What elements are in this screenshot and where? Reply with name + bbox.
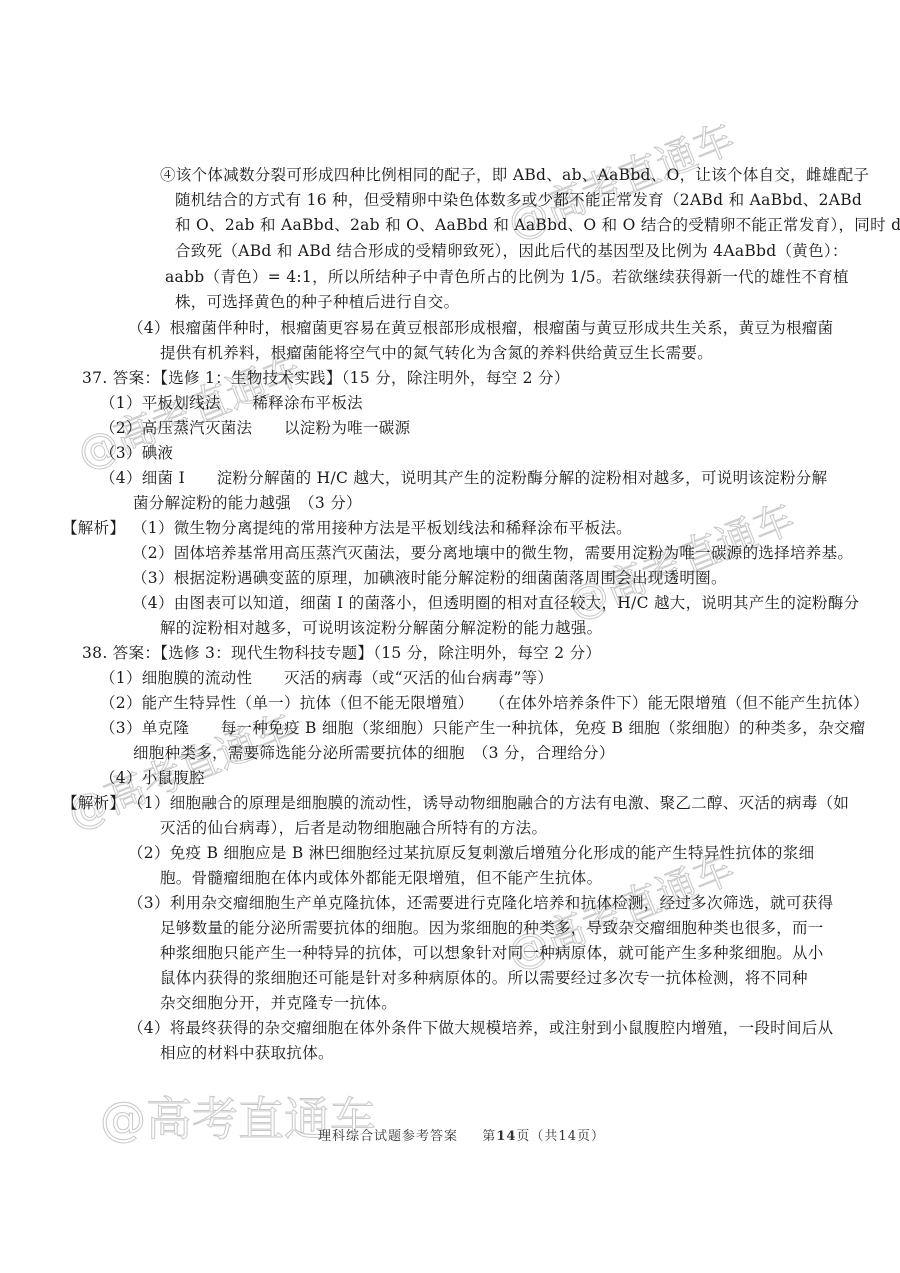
- q38-header: 38. 答案：【选修 3：现代生物科技专题】（15 分，除注明外，每空 2 分）: [82, 643, 601, 663]
- q37-answer-3: （3）碘液: [100, 443, 173, 463]
- q38-analysis-3: （3）利用杂交瘤细胞生产单克隆抗体，还需要进行克隆化培养和抗体检测，经过多次筛选…: [128, 893, 833, 913]
- q38-analysis-4-cont: 相应的材料中获取抗体。: [160, 1043, 334, 1063]
- q38-analysis-3-cont: 足够数量的能分泌所需要抗体的细胞。因为浆细胞的种类多，导致杂交瘤细胞种类也很多，…: [160, 918, 824, 938]
- footer-title: 理科综合试题参考答案: [318, 1129, 458, 1144]
- q37-answer-2: （2）高压蒸汽灭菌法 以淀粉为唯一碳源: [100, 418, 410, 438]
- q38-answer-3-cont: 细胞种类多，需要筛选能分泌所需要抗体的细胞 （3 分，合理给分）: [133, 743, 615, 763]
- footer-page-suffix: 页）: [577, 1129, 605, 1144]
- q38-analysis-1: （1）细胞融合的原理是细胞膜的流动性，诱导动物细胞融合的方法有电激、聚乙二醇、灭…: [128, 793, 849, 813]
- q37-analysis-label: 【解析】: [62, 518, 125, 538]
- q38-analysis-3-cont: 鼠体内获得的浆细胞还可能是针对多种病原体的。所以需要经过多次专一抗体检测，将不同…: [160, 968, 808, 988]
- q38-analysis-4: （4）将最终获得的杂交瘤细胞在体外条件下做大规模培养，或注射到小鼠腹腔内增殖，一…: [128, 1018, 833, 1038]
- answer-page: @高考直通车 @高考直通车 @高考直通车 @高考直通车 @高考直通车 @高考直通…: [0, 0, 900, 1273]
- footer-page-total: 14: [558, 1129, 577, 1144]
- q37-analysis-1: （1）微生物分离提纯的常用接种方法是平板划线法和稀释涂布平板法。: [132, 518, 632, 538]
- q38-answer-4: （4）小鼠腹腔: [100, 768, 205, 788]
- q38-analysis-2-cont: 胞。骨髓瘤细胞在体内或体外都能无限增殖，但不能产生抗体。: [160, 868, 602, 888]
- footer-page-number: 14: [496, 1129, 516, 1144]
- q38-analysis-label: 【解析】: [62, 793, 125, 813]
- text-line: 和 O、2ab 和 AaBbd、2ab 和 O、AaBbd 和 AaBbd、O …: [175, 215, 900, 235]
- q38-analysis-3-cont: 种浆细胞只能产生一种特异的抗体，可以想象针对同一种病原体，就可能产生多种浆细胞。…: [160, 943, 824, 963]
- q38-answer-2: （2）能产生特异性（单一）抗体（但不能无限增殖） （在体外培养条件下）能无限增殖…: [100, 693, 869, 713]
- q37-answer-1: （1）平板划线法 稀释涂布平板法: [100, 393, 363, 413]
- text-line: 提供有机养料，根瘤菌能将空气中的氮气转化为含氮的养料供给黄豆生长需要。: [160, 343, 713, 363]
- q37-analysis-2: （2）固体培养基常用高压蒸汽灭菌法，要分离地壤中的微生物，需要用淀粉为唯一碳源的…: [132, 543, 853, 563]
- q38-analysis-1-cont: 灭活的仙台病毒），后者是动物细胞融合所特有的方法。: [160, 818, 547, 838]
- q38-answer-3: （3）单克隆 每一种免疫 B 细胞（浆细胞）只能产生一种抗体，免疫 B 细胞（浆…: [100, 718, 865, 738]
- q38-answer-1: （1）细胞膜的流动性 灭活的病毒（或“灭活的仙台病毒”等）: [100, 668, 553, 688]
- text-line: ④该个体减数分裂可形成四种比例相同的配子，即 ABd、ab、AaBbd、O，让该…: [160, 165, 869, 185]
- q38-analysis-3-cont: 杂交细胞分开，并克隆专一抗体。: [160, 993, 397, 1013]
- text-line: 合致死（ABd 和 ABd 结合形成的受精卵致死），因此后代的基因型及比例为 4…: [175, 241, 848, 261]
- q37-answer-4-cont: 菌分解淀粉的能力越强 （3 分）: [133, 493, 362, 513]
- text-line: 随机结合的方式有 16 种，但受精卵中染色体数多或少都不能正常发育（2ABd 和…: [175, 190, 862, 210]
- q37-header: 37. 答案：【选修 1：生物技术实践】（15 分，除注明外，每空 2 分）: [82, 368, 570, 388]
- footer-page-prefix: 第: [482, 1129, 496, 1144]
- q37-analysis-4: （4）由图表可以知道，细菌 Ⅰ 的菌落小，但透明圈的相对直径较大，H/C 越大，…: [132, 593, 859, 613]
- footer-page-mid: 页（共: [516, 1129, 558, 1144]
- q38-analysis-2: （2）免疫 B 细胞应是 B 淋巴细胞经过某抗原反复刺激后增殖分化形成的能产生特…: [128, 843, 814, 863]
- text-line: aabb（青色）= 4:1，所以所结种子中青色所占的比例为 1/5。若欲继续获得…: [165, 267, 849, 287]
- q37-analysis-3: （3）根据淀粉遇碘变蓝的原理，加碘液时能分解淀粉的细菌菌落周围会出现透明圈。: [132, 568, 727, 588]
- q37-answer-4: （4）细菌 Ⅰ 淀粉分解菌的 H/C 越大，说明其产生的淀粉酶分解的淀粉相对越多…: [100, 468, 827, 488]
- text-line: （4）根瘤菌伴种时，根瘤菌更容易在黄豆根部形成根瘤，根瘤菌与黄豆形成共生关系，黄…: [128, 318, 833, 338]
- q37-analysis-4-cont: 解的淀粉相对越多，可说明该淀粉分解菌分解淀粉的能力越强。: [160, 618, 602, 638]
- page-footer: 理科综合试题参考答案 第14页（共14页）: [318, 1128, 605, 1146]
- text-line: 株，可选择黄色的种子种植后进行自交。: [175, 292, 459, 312]
